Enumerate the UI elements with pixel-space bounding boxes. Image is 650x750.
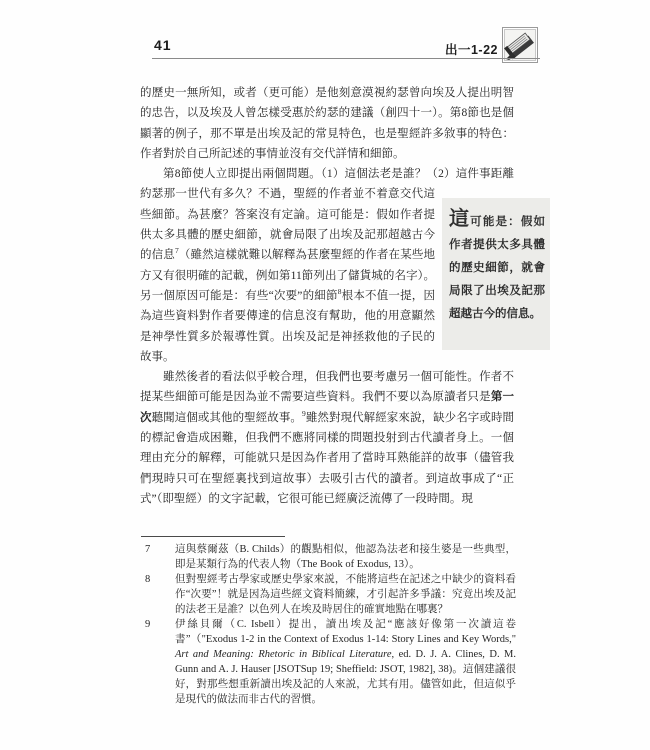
footnote-separator bbox=[141, 536, 285, 537]
book-page: 41 出一1-22 的歷史一無所知，或者（更可能）是他刻意漠視約瑟曾向埃及人提出… bbox=[0, 0, 650, 750]
callout-text: 可能是：假如作者提供太多具體的歷史細節，就會局限了出埃及記那超越古今的信息。 bbox=[449, 216, 545, 320]
footnote-number: 7 bbox=[140, 542, 175, 557]
footnote-number: 9 bbox=[140, 617, 175, 632]
book-title-italic: Art and Meaning: Rhetoric in Biblical Li… bbox=[175, 649, 391, 660]
section-reference: 出一1-22 bbox=[438, 40, 498, 58]
paragraph-1: 的歷史一無所知，或者（更可能）是他刻意漠視約瑟曾向埃及人提出明智的忠告，以及埃及… bbox=[140, 83, 514, 164]
footnote-7: 7 這與蔡爾茲（B. Childs）的觀點相似，他認為法老和接生婆是一些典型，即… bbox=[140, 542, 516, 572]
callout-lead-character: 這 bbox=[449, 208, 470, 230]
footnote-number: 8 bbox=[140, 572, 175, 587]
footnote-text: 這與蔡爾茲（B. Childs）的觀點相似，他認為法老和接生婆是一些典型，即是某… bbox=[175, 542, 516, 572]
callout-box: 這可能是：假如作者提供太多具體的歷史細節，就會局限了出埃及記那超越古今的信息。 bbox=[442, 198, 550, 350]
header-rule bbox=[152, 58, 540, 59]
footnote-text: 伊絲貝爾（C. Isbell）提出，讀出埃及記“應該好像第一次讀這卷書”（"Ex… bbox=[175, 617, 516, 707]
footnote-9: 9 伊絲貝爾（C. Isbell）提出，讀出埃及記“應該好像第一次讀這卷書”（"… bbox=[140, 617, 516, 707]
footnote-text: 但對聖經考古學家或歷史學家來説，不能將這些在記述之中缺少的資料看作“次要”！就是… bbox=[175, 572, 516, 617]
page-number: 41 bbox=[154, 37, 172, 53]
footnote-8: 8 但對聖經考古學家或歷史學家來説，不能將這些在記述之中缺少的資料看作“次要”！… bbox=[140, 572, 516, 617]
footnotes: 7 這與蔡爾茲（B. Childs）的觀點相似，他認為法老和接生婆是一些典型，即… bbox=[140, 542, 516, 707]
paragraph-3: 雖然後者的看法似乎較合理，但我們也要考慮另一個可能性。作者不提某些細節可能是因為… bbox=[140, 367, 514, 509]
